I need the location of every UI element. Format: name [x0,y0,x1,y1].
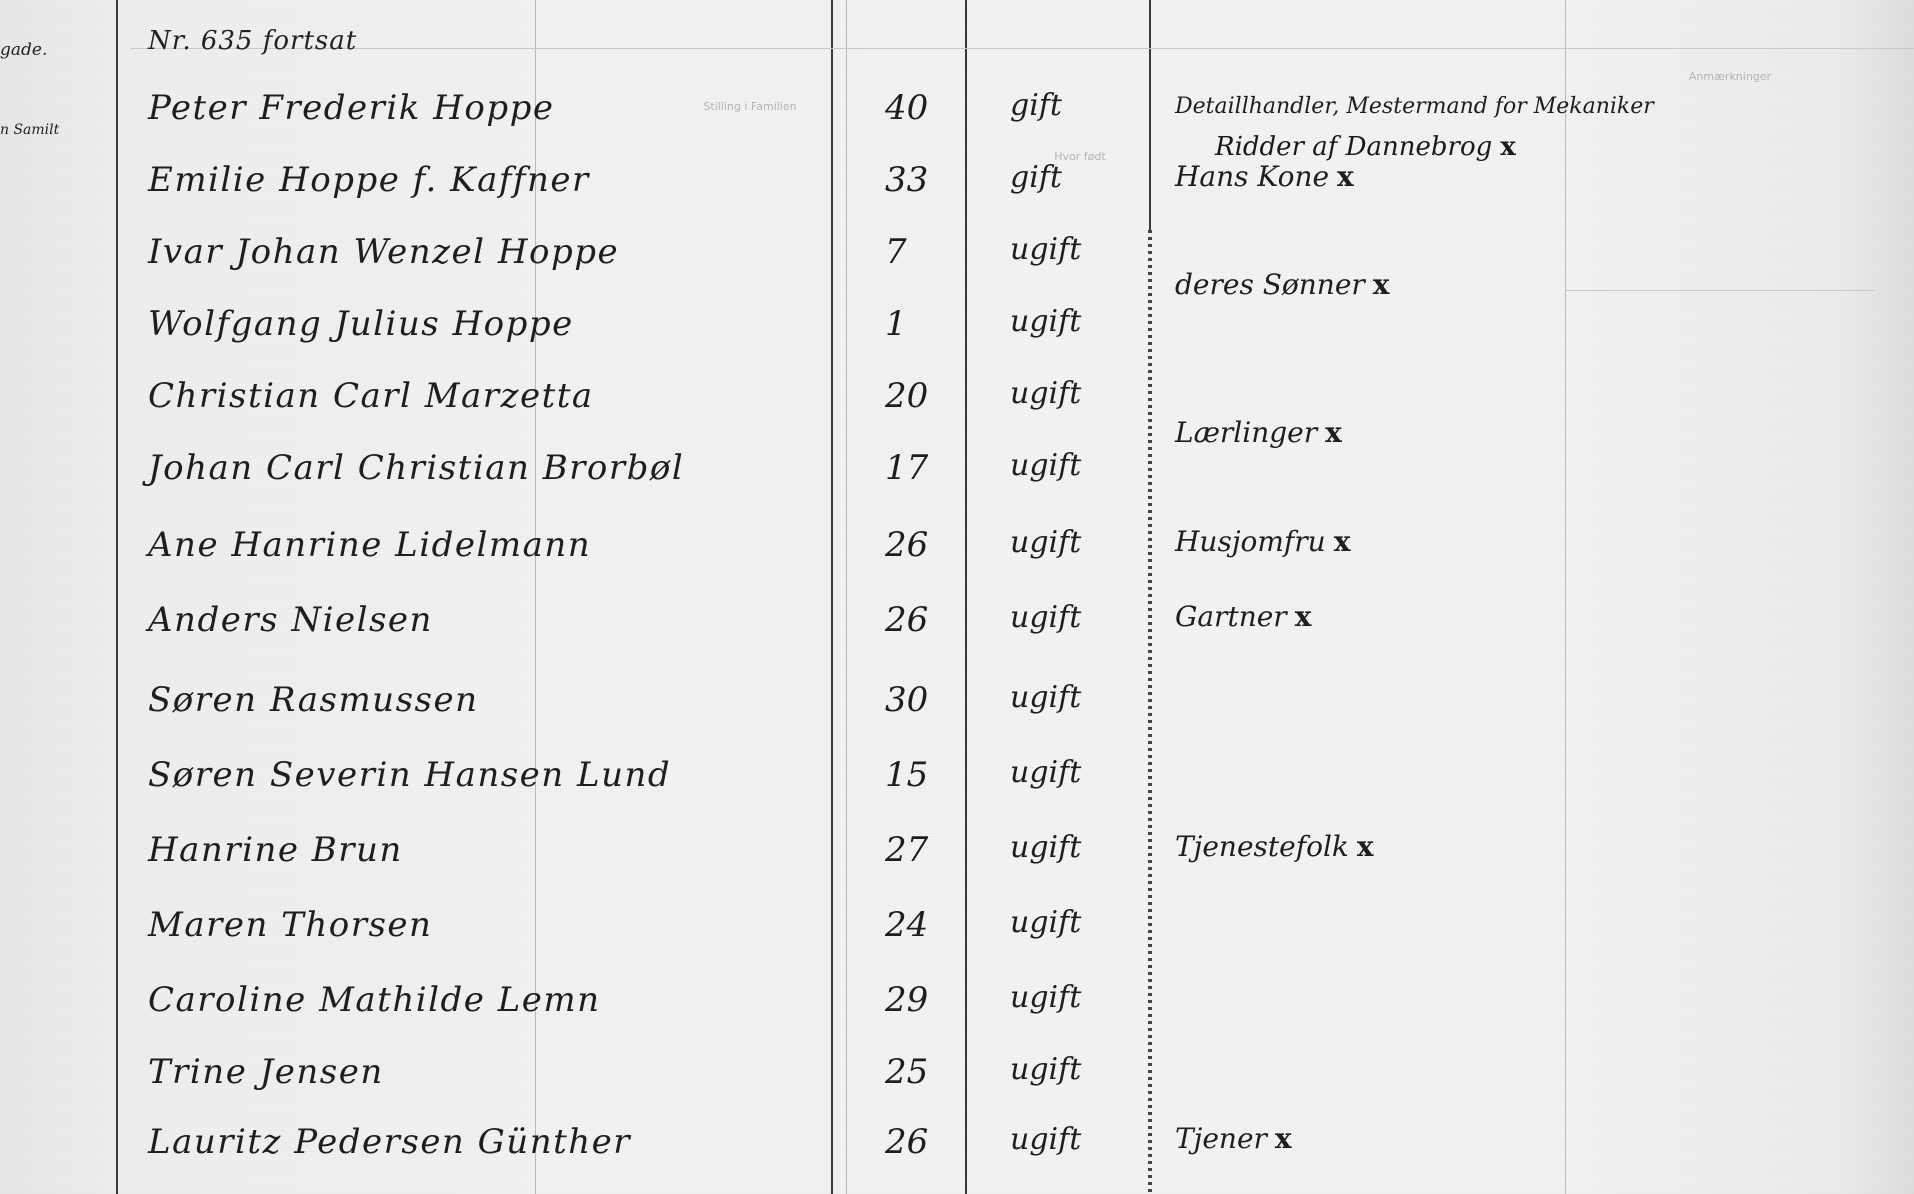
printed-header-fragment: Anmærkninger [1580,70,1880,84]
person-name: Hanrine Brun [148,830,403,870]
census-row: Emilie Hoppe f. Kaffner 33 gift Hans Kon… [0,160,1914,232]
occupation: Husjomfrux [1175,525,1350,558]
census-row: Christian Carl Marzetta 20 ugift Lærling… [0,376,1914,448]
census-row: Trine Jensen 25 ugift [0,1052,1914,1124]
person-age: 26 [885,600,965,640]
census-row: Søren Severin Hansen Lund 15 ugift [0,755,1914,827]
marital-status: ugift [1010,755,1081,790]
person-name: Maren Thorsen [148,905,432,945]
person-name: Anders Nielsen [148,600,433,640]
occupation: Hans Konex [1175,160,1354,193]
marital-status: gift [1010,88,1062,123]
person-age: 26 [885,1122,965,1162]
occupation [1175,905,1183,938]
marital-status: ugift [1010,448,1081,483]
person-age: 1 [885,304,965,344]
marital-status: ugift [1010,376,1081,411]
occupation [1175,232,1183,265]
check-mark-icon: x [1337,160,1354,193]
marital-status: ugift [1010,525,1081,560]
person-name: Ane Hanrine Lidelmann [148,525,591,565]
occupation [1175,448,1183,481]
person-name: Søren Rasmussen [148,680,479,720]
person-age: 15 [885,755,965,795]
marital-status: ugift [1010,680,1081,715]
occupation-text: Ridder af Dannebrog [1215,132,1492,162]
person-age: 25 [885,1052,965,1092]
occupation-text: Detaillhandler, Mestermand for Mekaniker [1175,94,1654,119]
margin-note: gade. [0,40,47,60]
check-mark-icon: x [1500,132,1516,162]
person-name: Johan Carl Christian Brorbøl [148,448,684,488]
person-name: Trine Jensen [148,1052,384,1092]
census-row: Søren Rasmussen 30 ugift [0,680,1914,752]
census-row: Lauritz Pedersen Günther 26 ugift Tjener… [0,1122,1914,1194]
occupation-text: Gartner [1175,600,1287,633]
person-name: Ivar Johan Wenzel Hoppe [148,232,619,272]
occupation: Tjenestefolkx [1175,830,1374,863]
person-name: Lauritz Pedersen Günther [148,1122,631,1162]
person-name: Christian Carl Marzetta [148,376,594,416]
check-mark-icon: x [1275,1122,1292,1155]
occupation-text: deres Sønner [1175,268,1365,301]
check-mark-icon: x [1295,600,1312,633]
occupation: Tjenerx [1175,1122,1292,1155]
occupation [1175,755,1183,788]
person-age: 24 [885,905,965,945]
person-name: Søren Severin Hansen Lund [148,755,671,795]
census-row: Anders Nielsen 26 ugift Gartnerx [0,600,1914,672]
occupation [1175,680,1183,713]
occupation [1175,1052,1183,1085]
person-age: 40 [885,88,965,128]
person-age: 29 [885,980,965,1020]
census-row: Maren Thorsen 24 ugift [0,905,1914,977]
check-mark-icon: x [1325,416,1342,449]
marital-status: ugift [1010,830,1081,865]
marital-status: ugift [1010,1052,1081,1087]
marital-status: ugift [1010,600,1081,635]
census-row: Ane Hanrine Lidelmann 26 ugift Husjomfru… [0,525,1914,597]
marital-status: ugift [1010,1122,1081,1157]
occupation-text: Husjomfru [1175,525,1326,558]
marital-status: gift [1010,160,1062,195]
person-age: 17 [885,448,965,488]
occupation: deres Sønnerx [1175,268,1389,301]
census-row: Peter Frederik Hoppe 40 gift Detaillhand… [0,88,1914,160]
marital-status: ugift [1010,232,1081,267]
occupation-text: Tjener [1175,1122,1267,1155]
census-row: Wolfgang Julius Hoppe 1 ugift deres Sønn… [0,304,1914,376]
marital-status: ugift [1010,905,1081,940]
household-number-header: Nr. 635 fortsat [148,26,357,56]
occupation: Gartnerx [1175,600,1311,633]
census-row: Caroline Mathilde Lemn 29 ugift [0,980,1914,1052]
occupation-text: Lærlinger [1175,416,1317,449]
person-age: 7 [885,232,965,272]
person-age: 26 [885,525,965,565]
person-name: Wolfgang Julius Hoppe [148,304,574,344]
scanned-document-page: Stilling i Familien Hvor født Anmærkning… [0,0,1914,1194]
person-name: Caroline Mathilde Lemn [148,980,601,1020]
check-mark-icon: x [1334,525,1351,558]
occupation-continuation: Ridder af Dannebrogx [1215,132,1516,162]
census-row: Johan Carl Christian Brorbøl 17 ugift [0,448,1914,520]
person-name: Peter Frederik Hoppe [148,88,554,128]
person-age: 20 [885,376,965,416]
occupation [1175,980,1183,1013]
marital-status: ugift [1010,304,1081,339]
person-age: 30 [885,680,965,720]
person-age: 27 [885,830,965,870]
occupation-text: Hans Kone [1175,160,1329,193]
occupation-text: Tjenestefolk [1175,830,1349,863]
census-row: Hanrine Brun 27 ugift Tjenestefolkx [0,830,1914,902]
person-age: 33 [885,160,965,200]
marital-status: ugift [1010,980,1081,1015]
census-row: Ivar Johan Wenzel Hoppe 7 ugift [0,232,1914,304]
person-name: Emilie Hoppe f. Kaffner [148,160,590,200]
check-mark-icon: x [1373,268,1390,301]
header-rule [130,48,1914,49]
check-mark-icon: x [1357,830,1374,863]
occupation: Lærlingerx [1175,416,1342,449]
occupation: Detaillhandler, Mestermand for Mekaniker [1175,94,1654,119]
